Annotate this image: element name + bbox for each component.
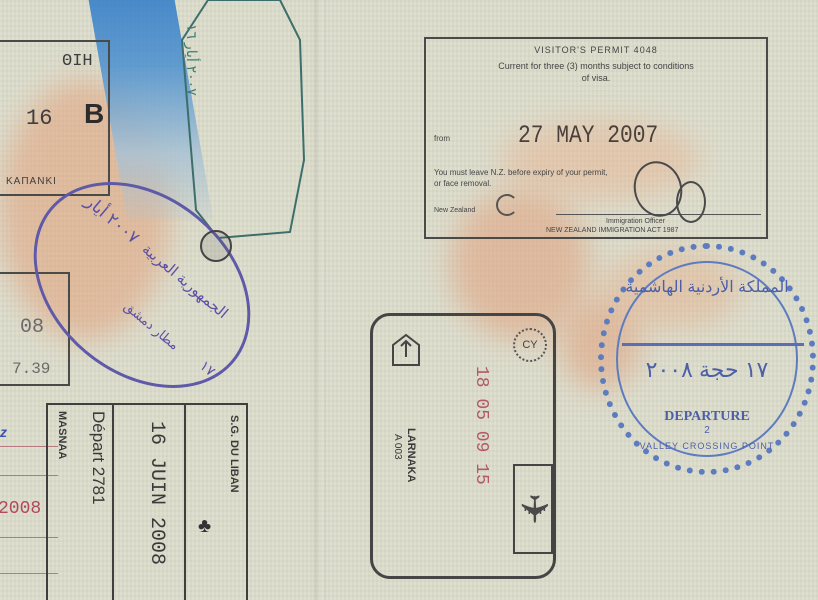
exit-location: LARNAKA [405,428,417,482]
stamp-number: 2 [604,425,810,436]
lebanon-departure-stamp: MASNAA Départ 2781 16 JUIN 2008 S.G. DU … [46,403,248,600]
stamp-depart-number: Départ 2781 [88,411,108,505]
stamp-divider [622,343,804,346]
act-label: NEW ZEALAND IMMIGRATION ACT 1987 [546,227,678,234]
blue-ink-mark: z [0,424,7,440]
red-stamp-year: 2008 [0,499,41,519]
signature-mark [676,181,706,223]
permit-notice: You must leave N.Z. before expiry of you… [434,168,608,177]
stamp-border-post: MASNAA [56,411,68,459]
stamp-line: 7.39 [12,360,50,378]
brand-label: New Zealand [434,207,475,214]
jordan-departure-stamp: المملكة الأردنية الهاشمية ١٧ حجة ٢٠٠٨ DE… [598,243,816,475]
stamp-arabic-date: ١٧ حجة ٢٠٠٨ [604,357,810,383]
airplane-icon: ✈ [513,464,553,554]
exit-location-code: A 003 [392,434,403,460]
stamp-authority: S.G. DU LIBAN [228,415,240,493]
round-seal-icon [200,230,232,262]
permit-title: VISITOR'S PERMIT 4048 [426,45,766,55]
exit-datetime: 18 05 09 15 [471,366,491,485]
permit-notice-2: or face removal. [434,179,491,188]
stamp-line: 08 [20,316,44,339]
stamp-day: 16 [26,106,52,131]
stamp-crossing-point: VALLEY CROSSING POINT [604,441,810,451]
stamp-departure-label: DEPARTURE [604,409,810,425]
airplane-glyph: ✈ [490,493,576,525]
stamp-mark: B [84,98,104,130]
stamp-place: KAΠANKI [6,176,57,187]
koru-icon [496,194,518,216]
passport-spine-fold [312,0,326,600]
stamp-arabic-header: المملكة الأردنية الهاشمية [604,277,810,297]
permit-date: 27 MAY 2007 [518,121,658,150]
green-arabic-stamp-text: ٢٠٠٧ أيار ١٦ [183,24,200,96]
cyprus-exit-stamp: CY 18 05 09 15 LARNAKA A 003 ✈ [370,313,556,579]
eu-stars-icon: CY [513,328,547,362]
stamp-date: 16 JUIN 2008 [145,421,168,565]
stamp-code: ΘΙΗ [62,52,93,71]
exit-arrow-icon [391,333,421,367]
officer-label: Immigration Officer [606,218,665,225]
nz-visitor-permit-stamp: VISITOR'S PERMIT 4048 Current for three … [424,37,768,239]
kapitan-entry-stamp: ΘΙΗ 16 B KAΠANKI [0,40,110,196]
permit-conditions-2: of visa. [426,73,766,83]
from-label: from [434,134,450,143]
permit-conditions: Current for three (3) months subject to … [426,61,766,71]
cedar-icon: ♣ [198,515,211,538]
